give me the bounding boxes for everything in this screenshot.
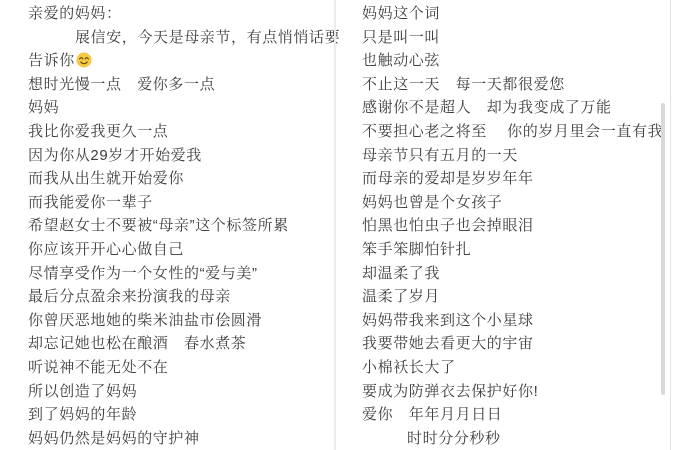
line-text: 妈妈这个词 [362,5,440,22]
letter-line: 因为你从29岁才开始爱我 [28,144,330,168]
scrollbar-thumb[interactable] [661,103,665,395]
line-text: 到了妈妈的年龄 [28,406,137,423]
letter-column-left: 亲爱的妈妈：展信安，今天是母亲节，有点悄悄话要告诉你想时光慢一点 爱你多一点妈妈… [28,2,330,450]
line-text: 告诉你 [28,52,75,69]
letter-line: 最后分点盈余来扮演我的母亲 [28,285,330,309]
letter-page: 亲爱的妈妈：展信安，今天是母亲节，有点悄悄话要告诉你想时光慢一点 爱你多一点妈妈… [0,0,677,450]
letter-line: 我比你爱我更久一点 [28,120,330,144]
letter-line: 怕黑也怕虫子也会掉眼泪 [362,214,664,238]
line-text: 你曾厌恶地她的柴米油盐市侩圆滑 [28,312,262,329]
letter-line: 感谢你不是超人 却为我变成了万能 [362,96,664,120]
letter-line: 亲爱的妈妈： [28,2,330,26]
letter-line: 你曾厌恶地她的柴米油盐市侩圆滑 [28,309,330,333]
line-text: 爱你 年年月月日日 [362,406,502,423]
line-text: 怕黑也怕虫子也会掉眼泪 [362,217,534,234]
line-text: 感谢你不是超人 却为我变成了万能 [362,99,612,116]
letter-line: 而母亲的爱却是岁岁年年 [362,167,664,191]
line-text: 妈妈 [28,99,59,116]
letter-line: 尽情享受作为一个女性的“爱与美” [28,262,330,286]
letter-line: 只是叫一叫 [362,26,664,50]
line-text: 温柔了岁月 [362,288,440,305]
line-text: 不止这一天 每一天都很爱您 [362,76,565,93]
letter-line: 而我能爱你一辈子 [28,191,330,215]
line-text: 笨手笨脚怕针扎 [362,241,471,258]
line-text: 我比你爱我更久一点 [28,123,168,140]
line-text: 而母亲的爱却是岁岁年年 [362,170,534,187]
line-text: 亲爱的妈妈： [28,5,122,22]
letter-line: 也触动心弦 [362,49,664,73]
letter-line: 展信安，今天是母亲节，有点悄悄话要 [28,26,330,50]
line-text: 妈妈仍然是妈妈的守护神 [28,430,200,447]
line-text: 而我能爱你一辈子 [28,194,153,211]
letter-line: 而我从出生就开始爱你 [28,167,330,191]
line-text: 小棉袄长大了 [362,359,456,376]
letter-line: 听说神不能无处不在 [28,356,330,380]
line-text: 时时分分秒秒 [407,430,501,447]
letter-line: 不止这一天 每一天都很爱您 [362,73,664,97]
letter-line: 妈妈仍然是妈妈的守护神 [28,427,330,450]
letter-line: 妈妈也曾是个女孩子 [362,191,664,215]
line-text: 只是叫一叫 [362,29,440,46]
page-right-border [670,0,671,450]
line-text: 也触动心弦 [362,52,440,69]
letter-line: 温柔了岁月 [362,285,664,309]
line-text: 却忘记她也松在酿酒 春水煮茶 [28,335,246,352]
line-text: 听说神不能无处不在 [28,359,168,376]
line-text: 妈妈带我来到这个小星球 [362,312,534,329]
letter-line: 小棉袄长大了 [362,356,664,380]
letter-line: 妈妈这个词 [362,2,664,26]
line-text: 不要担心老之将至 你的岁月里会一直有我 [362,123,663,140]
letter-line: 到了妈妈的年龄 [28,403,330,427]
letter-line: 想时光慢一点 爱你多一点 [28,73,330,97]
letter-line: 妈妈带我来到这个小星球 [362,309,664,333]
line-text: 展信安，今天是母亲节，有点悄悄话要 [75,29,340,46]
line-text: 却温柔了我 [362,265,440,282]
letter-line: 告诉你 [28,49,330,73]
line-text: 希望赵女士不要被“母亲”这个标签所累 [28,217,289,234]
smiling-face-emoji-icon [76,52,92,68]
line-text: 我要带她去看更大的宇宙 [362,335,534,352]
line-text: 因为你从29岁才开始爱我 [28,147,202,164]
line-text: 你应该开开心心做自己 [28,241,184,258]
letter-line: 母亲节只有五月的一天 [362,144,664,168]
letter-line: 笨手笨脚怕针扎 [362,238,664,262]
line-text: 母亲节只有五月的一天 [362,147,518,164]
letter-line: 却温柔了我 [362,262,664,286]
letter-line: 希望赵女士不要被“母亲”这个标签所累 [28,214,330,238]
line-text: 而我从出生就开始爱你 [28,170,184,187]
line-text: 所以创造了妈妈 [28,383,137,400]
line-text: 尽情享受作为一个女性的“爱与美” [28,265,258,282]
line-text: 最后分点盈余来扮演我的母亲 [28,288,231,305]
letter-line: 爱你 年年月月日日 [362,403,664,427]
letter-line: 你应该开开心心做自己 [28,238,330,262]
line-text: 想时光慢一点 爱你多一点 [28,76,215,93]
line-text: 妈妈也曾是个女孩子 [362,194,502,211]
letter-line: 却忘记她也松在酿酒 春水煮茶 [28,332,330,356]
letter-line: 不要担心老之将至 你的岁月里会一直有我 [362,120,664,144]
column-divider [334,0,336,450]
letter-line: 所以创造了妈妈 [28,380,330,404]
letter-line: 我要带她去看更大的宇宙 [362,332,664,356]
letter-line: 要成为防弹衣去保护好你! [362,380,664,404]
letter-column-right: 妈妈这个词只是叫一叫也触动心弦不止这一天 每一天都很爱您感谢你不是超人 却为我变… [362,2,664,450]
line-text: 要成为防弹衣去保护好你! [362,383,538,400]
letter-line: 时时分分秒秒 [362,427,664,450]
letter-line: 妈妈 [28,96,330,120]
